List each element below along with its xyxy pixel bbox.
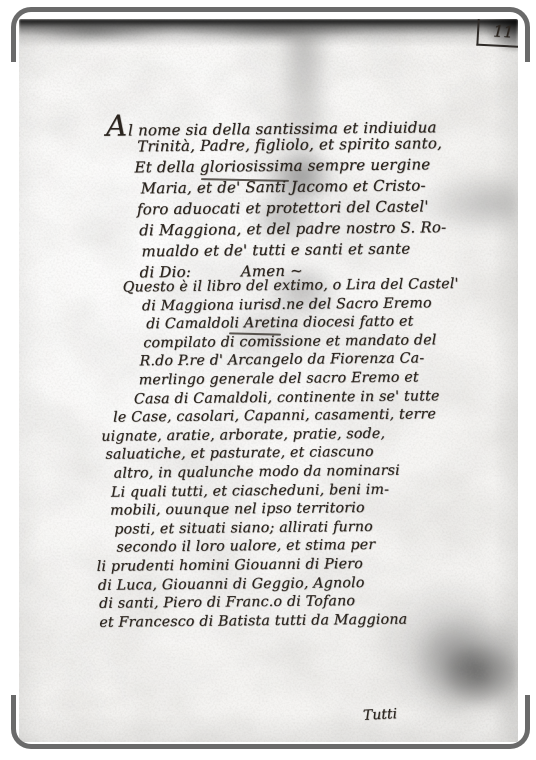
folio-number: 11 (478, 19, 518, 45)
manuscript-line: mualdo et de' tutti e santi et sante (141, 238, 446, 262)
manuscript-page-scan: 11 Al nome sia della santissima et indiu… (19, 19, 518, 742)
manuscript-line: et Francesco di Batista tutti da Maggion… (99, 610, 462, 632)
manuscript-scan-viewer: 11 Al nome sia della santissima et indiu… (0, 0, 536, 760)
register-paragraph: Questo è il libro del extimo, o Lira del… (21, 275, 463, 633)
manuscript-text-block: Al nome sia della santissima et indiuidu… (19, 19, 518, 742)
folio-number-bracket: 11 (476, 19, 518, 48)
catchword: Tutti (363, 706, 398, 724)
invocation-paragraph: Al nome sia della santissima et indiuidu… (19, 112, 447, 284)
manuscript-line: le Case, casolari, Capanni, casamenti, t… (113, 405, 460, 427)
